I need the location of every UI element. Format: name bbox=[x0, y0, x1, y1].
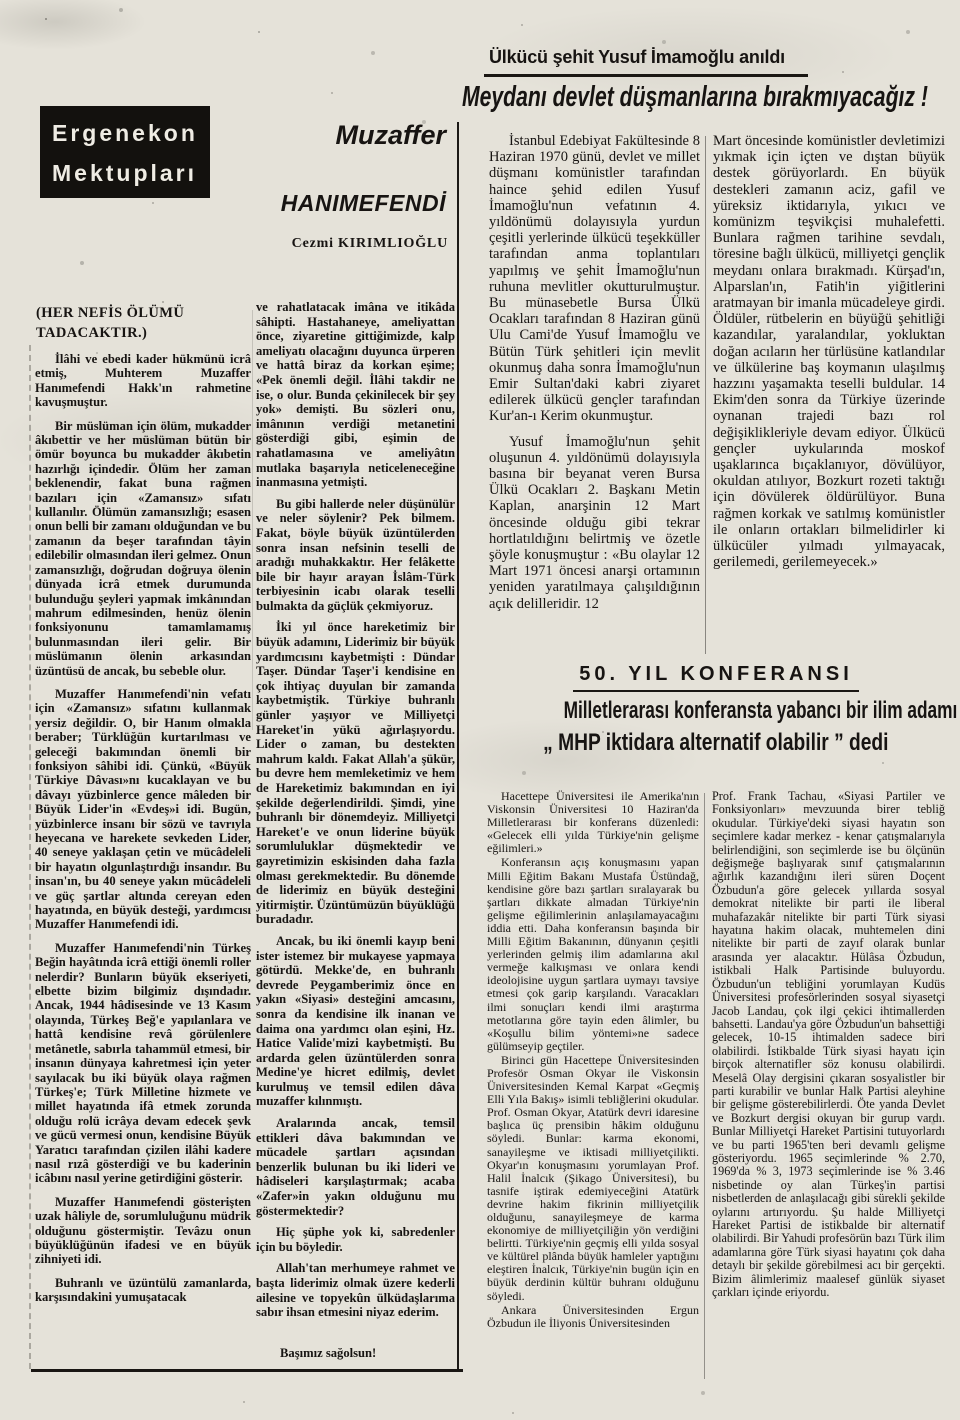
paragraph: Hiç şüphe yok ki, sabredenler için bu bö… bbox=[256, 1225, 455, 1254]
paragraph: Aralarında ancak, temsil ettikleri dâva … bbox=[256, 1116, 455, 1218]
imamoglu-column-1: İstanbul Edebiyat Fakültesinde 8 Haziran… bbox=[489, 133, 700, 659]
ergenekon-body: İlâhi ve ebedi kader hükmünü icrâ etmiş,… bbox=[35, 352, 251, 1368]
paragraph: İki yıl önce hareketimiz bir büyük adamı… bbox=[256, 620, 455, 926]
paragraph: Bu gibi hallerde neler düşünülür ve nele… bbox=[256, 497, 455, 614]
imamoglu-column-divider bbox=[705, 136, 706, 654]
conference-kicker-text: 50. YIL KONFERANSI bbox=[573, 663, 859, 692]
paragraph: Muzaffer Hanımefendi'nin vefatı için «Za… bbox=[35, 687, 251, 932]
paragraph: Ankara Üniversitesinden Ergun Özbudun il… bbox=[487, 1304, 699, 1330]
conference-column-divider bbox=[704, 793, 705, 1379]
kicker-headline: Ülkücü şehit Yusuf İmamoğlu anıldı bbox=[489, 47, 785, 68]
conference-headline-line2: „ MHP iktidara alternatif olabilir ” ded… bbox=[487, 729, 945, 757]
paragraph: Muzaffer Hanımefendi'nin Türkeş Beğin ha… bbox=[35, 941, 251, 1186]
main-headline: Meydanı devlet düşmanlarına bırakmıyacağ… bbox=[462, 81, 928, 114]
paragraph: ve rahatlatacak imâna ve itikâda sâhipti… bbox=[256, 300, 455, 490]
main-column-divider bbox=[457, 122, 459, 1370]
paragraph: Ancak, bu iki önemli kayıp beni ister is… bbox=[256, 934, 455, 1109]
paragraph: Muzaffer Hanımefendi gösterişten uzak hâ… bbox=[35, 1195, 251, 1267]
conference-headline-line1: Milletlerarası konferansta yabancı bir i… bbox=[487, 697, 945, 725]
paragraph: Yusuf İmamoğlu'nun şehit oluşunun 4. yıl… bbox=[489, 434, 700, 612]
ergenekon-epigraph: (HER NEFİS ÖLÜMÜ TADACAKTIR.) bbox=[36, 303, 211, 343]
muzaffer-title-line2: HANIMEFENDİ bbox=[258, 190, 446, 217]
conference-column-2: Prof. Frank Tachau, «Siyasi Partiler ve … bbox=[712, 790, 945, 1382]
muzaffer-body: ve rahatlatacak imâna ve itikâda sâhipti… bbox=[256, 300, 455, 1362]
paragraph: Hacettepe Üniversitesi ile Amerika'nın V… bbox=[487, 790, 699, 855]
ergenekon-title-box: Ergenekon Mektupları bbox=[40, 106, 210, 198]
paragraph: Başımız sağolsun! bbox=[256, 1346, 455, 1361]
page-fold-edge bbox=[29, 345, 31, 1369]
paragraph: Prof. Frank Tachau, «Siyasi Partiler ve … bbox=[712, 790, 945, 1299]
conference-column-1: Hacettepe Üniversitesi ile Amerika'nın V… bbox=[487, 790, 699, 1378]
muzaffer-title-line1: Muzaffer bbox=[258, 120, 446, 151]
paragraph: Birinci gün Hacettepe Üniversitesinden P… bbox=[487, 1054, 699, 1303]
ergenekon-title-line1: Ergenekon bbox=[52, 113, 210, 153]
paragraph: Konferansın açış konuşmasını yapan Milli… bbox=[487, 856, 699, 1052]
column-divider-light bbox=[252, 310, 253, 730]
paragraph: Mart öncesinde komünistler devletimizi y… bbox=[713, 133, 945, 570]
paragraph: Buhranlı ve üzüntülü zamanlarda, karşısı… bbox=[35, 1276, 251, 1305]
paragraph: Allah'tan merhumeye rahmet ve başta lide… bbox=[256, 1261, 455, 1319]
bottom-rule bbox=[31, 1369, 463, 1372]
paragraph: İstanbul Edebiyat Fakültesinde 8 Haziran… bbox=[489, 133, 700, 425]
kicker-underline bbox=[484, 74, 808, 77]
paragraph: İlâhi ve ebedi kader hükmünü icrâ etmiş,… bbox=[35, 352, 251, 410]
imamoglu-column-2: Mart öncesinde komünistler devletimizi y… bbox=[713, 133, 945, 659]
muzaffer-byline: Cezmi KIRIMLIOĞLU bbox=[258, 236, 448, 252]
ergenekon-title-line2: Mektupları bbox=[52, 153, 210, 193]
conference-kicker: 50. YIL KONFERANSI bbox=[487, 663, 945, 692]
paragraph: Bir müslüman için ölüm, mukadder âkıbett… bbox=[35, 419, 251, 678]
newspaper-page: { "colors": {"paper": "#e5e2d9", "ink": … bbox=[0, 0, 960, 1420]
